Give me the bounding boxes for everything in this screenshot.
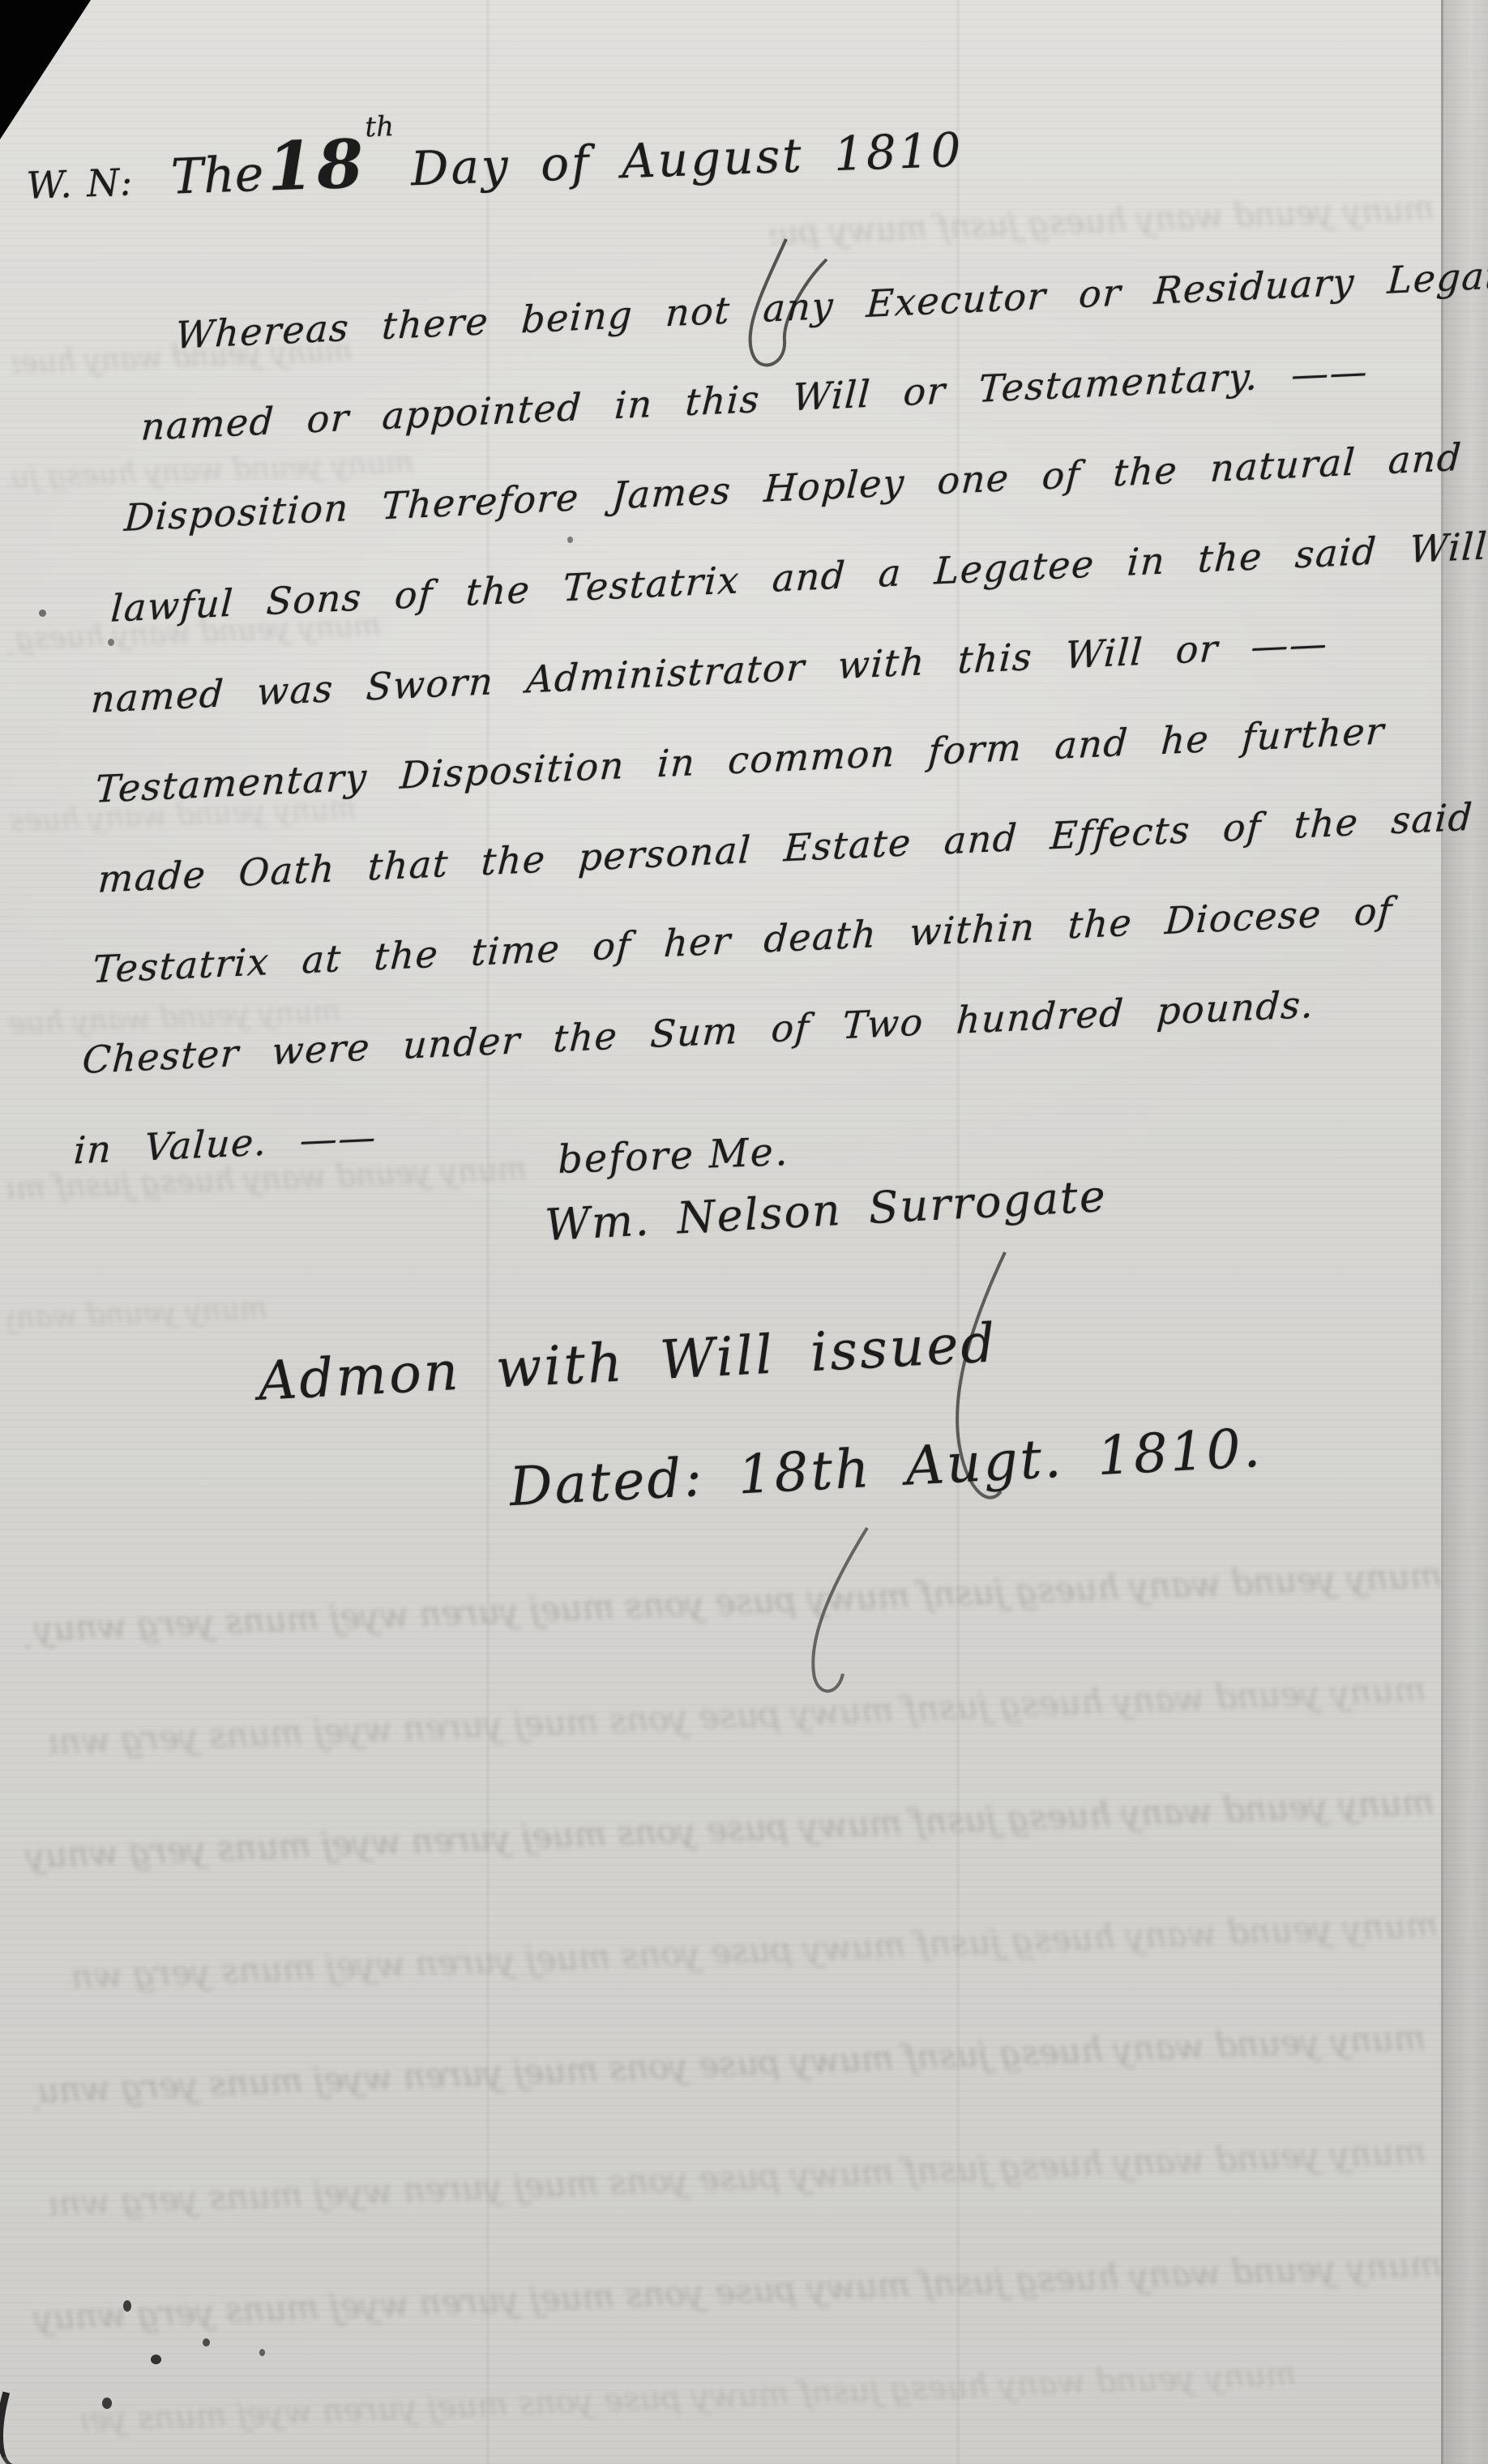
- ink-spot: [102, 2398, 112, 2409]
- bleedthrough-row: muny yeund wany huesg jusnf muwy puse yo…: [7, 1292, 267, 1335]
- ink-spot: [123, 2300, 131, 2312]
- dated-flourish: [778, 1524, 892, 1702]
- heading-date-rest: Day of August 1810: [410, 122, 964, 197]
- bleedthrough-row: muny yeund wany huesg jusnf muwy puse yo…: [49, 2131, 1427, 2223]
- bleedthrough-row: muny yeund wany huesg jusnf muwy puse yo…: [32, 2017, 1427, 2111]
- body-paragraph: Whereas there being not any Executor or …: [62, 233, 1459, 1196]
- admon-note: Admon with Will issued: [257, 1311, 999, 1413]
- bleedthrough-row: muny yeund wany huesg jusnf muwy puse yo…: [24, 1782, 1435, 1876]
- surrogate-signature: Wm. Nelson Surrogate: [544, 1170, 1108, 1251]
- ink-spot: [151, 2355, 161, 2364]
- heading-day-number: 18: [266, 125, 367, 206]
- attestation-text: before Me.: [557, 1129, 789, 1183]
- heading-ordinal: th: [365, 110, 395, 143]
- bleedthrough-row: muny yeund wany huesg jusnf muwy puse yo…: [32, 2244, 1443, 2338]
- bleedthrough-row: muny yeund wany huesg jusnf muwy puse yo…: [81, 2355, 1298, 2440]
- bleedthrough-row: muny yeund wany huesg jusnf muwy puse yo…: [69, 1905, 1439, 1997]
- clipped-corner: [0, 0, 91, 139]
- ink-spot: [39, 610, 46, 617]
- ink-spot: [259, 2349, 265, 2356]
- heading-the: The: [170, 146, 265, 206]
- bleedthrough-row: muny yeund wany huesg jusnf muwy puse yo…: [24, 1555, 1443, 1649]
- manuscript-photo: muny yeund wany huesg jusnf muwy puse yo…: [0, 0, 1488, 2464]
- bleedthrough-row: muny yeund wany huesg jusnf muwy puse yo…: [49, 1669, 1427, 1761]
- dated-note: Dated: 18th Augt. 1810.: [508, 1417, 1264, 1519]
- ink-spot: [203, 2338, 210, 2346]
- curled-corner-mark: [0, 2391, 41, 2464]
- marginal-initials: W. N:: [26, 160, 135, 207]
- heading-line: W. N:The 18th Day of August 1810: [24, 91, 964, 215]
